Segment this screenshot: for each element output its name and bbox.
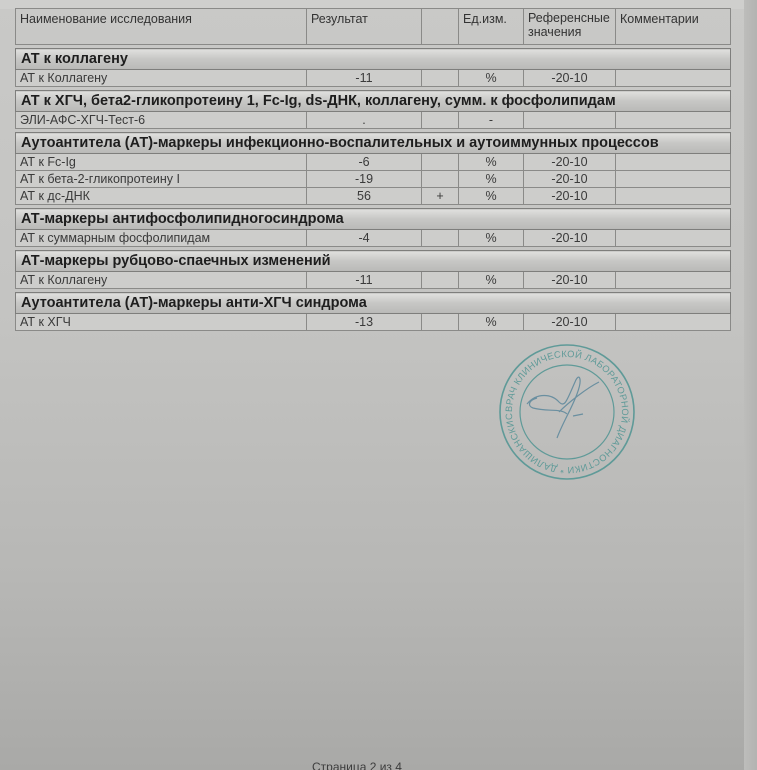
cell-reference: -20-10 [524,230,616,247]
cell-unit: % [459,171,524,188]
cell-result: . [307,112,422,129]
section-title: Аутоантитела (АТ)-маркеры анти-ХГЧ синдр… [16,293,731,314]
cell-reference: -20-10 [524,70,616,87]
cell-unit: % [459,154,524,171]
cell-unit: - [459,112,524,129]
header-comments: Комментарии [616,9,731,45]
section-header: АТ к ХГЧ, бета2-гликопротеину 1, Fc-Ig, … [16,91,731,112]
cell-result: -13 [307,314,422,331]
table-row: АТ к бета-2-гликопротеину I-19%-20-10 [16,171,731,188]
cell-unit: % [459,188,524,205]
cell-comment [616,112,731,129]
cell-comment [616,171,731,188]
cell-flag [422,230,459,247]
cell-name: АТ к Коллагену [16,272,307,289]
cell-flag [422,171,459,188]
table-row: АТ к Fc-Ig-6%-20-10 [16,154,731,171]
section-title: АТ-маркеры антифосфолипидногосиндрома [16,209,731,230]
section-title: АТ к ХГЧ, бета2-гликопротеину 1, Fc-Ig, … [16,91,731,112]
cell-name: АТ к ХГЧ [16,314,307,331]
cell-flag [422,314,459,331]
cell-flag [422,154,459,171]
cell-reference [524,112,616,129]
table-header-row: Наименование исследования Результат Ед.и… [16,9,731,45]
cell-unit: % [459,314,524,331]
section-header: АТ-маркеры антифосфолипидногосиндрома [16,209,731,230]
cell-comment [616,230,731,247]
header-flag [422,9,459,45]
cell-name: ЭЛИ-АФС-ХГЧ-Тест-6 [16,112,307,129]
section-title: АТ к коллагену [16,49,731,70]
table-row: АТ к суммарным фосфолипидам-4%-20-10 [16,230,731,247]
header-reference: Референсные значения [524,9,616,45]
cell-comment [616,314,731,331]
section-header: Аутоантитела (АТ)-маркеры анти-ХГЧ синдр… [16,293,731,314]
header-unit: Ед.изм. [459,9,524,45]
signature-icon [527,377,599,438]
results-table: Наименование исследования Результат Ед.и… [15,8,731,331]
cell-reference: -20-10 [524,272,616,289]
cell-result: -6 [307,154,422,171]
page-number: Страница 2 из 4 [312,760,402,770]
cell-reference: -20-10 [524,314,616,331]
cell-comment [616,272,731,289]
cell-name: АТ к дс-ДНК [16,188,307,205]
cell-flag: + [422,188,459,205]
cell-flag [422,112,459,129]
cell-result: -11 [307,70,422,87]
cell-flag [422,272,459,289]
doctor-stamp: ВРАЧ КЛИНИЧЕСКОЙ ЛАБОРАТОРНОЙ ДИАГНОСТИК… [497,342,637,482]
cell-reference: -20-10 [524,154,616,171]
cell-result: -11 [307,272,422,289]
cell-unit: % [459,272,524,289]
header-result: Результат [307,9,422,45]
table-row: АТ к Коллагену-11%-20-10 [16,70,731,87]
cell-reference: -20-10 [524,171,616,188]
header-name: Наименование исследования [16,9,307,45]
cell-result: 56 [307,188,422,205]
table-row: АТ к дс-ДНК56+%-20-10 [16,188,731,205]
cell-name: АТ к суммарным фосфолипидам [16,230,307,247]
cell-reference: -20-10 [524,188,616,205]
cell-result: -4 [307,230,422,247]
cell-name: АТ к Fc-Ig [16,154,307,171]
cell-result: -19 [307,171,422,188]
section-title: Аутоантитела (АТ)-маркеры инфекционно-во… [16,133,731,154]
cell-comment [616,188,731,205]
page-edge [744,0,757,770]
cell-flag [422,70,459,87]
table-row: АТ к Коллагену-11%-20-10 [16,272,731,289]
section-header: Аутоантитела (АТ)-маркеры инфекционно-во… [16,133,731,154]
cell-unit: % [459,230,524,247]
section-title: АТ-маркеры рубцово-спаечных изменений [16,251,731,272]
table-row: ЭЛИ-АФС-ХГЧ-Тест-6.- [16,112,731,129]
cell-name: АТ к бета-2-гликопротеину I [16,171,307,188]
cell-comment [616,70,731,87]
section-header: АТ-маркеры рубцово-спаечных изменений [16,251,731,272]
cell-name: АТ к Коллагену [16,70,307,87]
cell-comment [616,154,731,171]
table-row: АТ к ХГЧ-13%-20-10 [16,314,731,331]
cell-unit: % [459,70,524,87]
section-header: АТ к коллагену [16,49,731,70]
